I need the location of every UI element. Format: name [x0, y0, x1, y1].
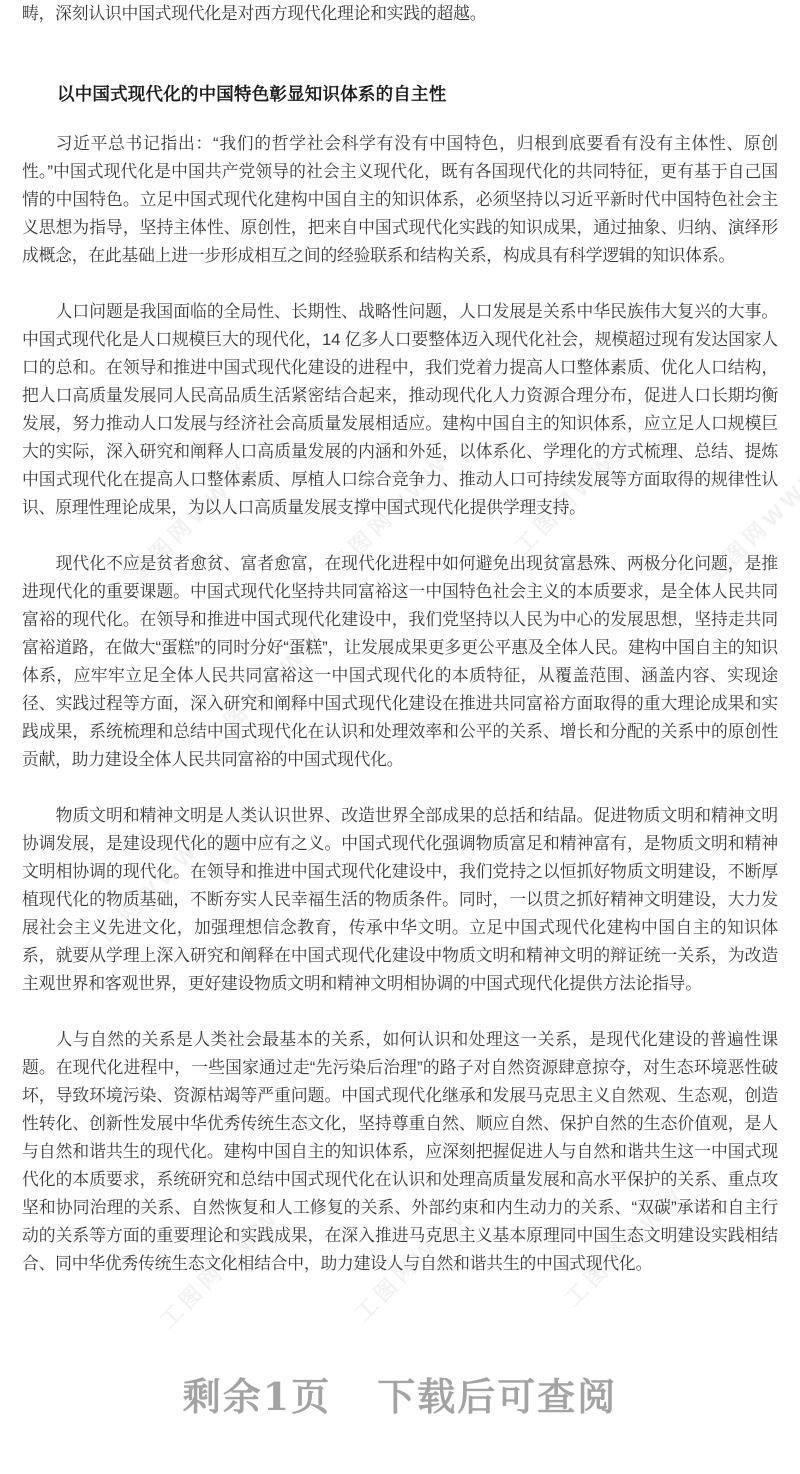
- document-page: 工图网WWW 工图网WWW 工图网WWW 工图网WWW 工图网WWW 工图网WW…: [0, 0, 800, 1474]
- document-content: 畴，深刻认识中国式现代化是对西方现代化理论和实践的超越。 以中国式现代化的中国特…: [0, 0, 800, 1278]
- section-heading: 以中国式现代化的中国特色彰显知识体系的自主性: [22, 80, 778, 108]
- preview-footer: 剩余1页下载后可查阅: [0, 1366, 800, 1421]
- body-paragraph: 现代化不应是贫者愈贫、富者愈富，在现代化进程中如何避免出现贫富悬殊、两极分化问题…: [22, 550, 778, 774]
- remaining-pages-label: 剩余1页: [183, 1374, 331, 1419]
- body-paragraph: 物质文明和精神文明是人类认识世界、改造世界全部成果的总括和结晶。促进物质文明和精…: [22, 802, 778, 998]
- body-text-continuation-line: 畴，深刻认识中国式现代化是对西方现代化理论和实践的超越。: [22, 0, 778, 28]
- body-paragraph: 人口问题是我国面临的全局性、长期性、战略性问题，人口发展是关系中华民族伟大复兴的…: [22, 298, 778, 522]
- body-paragraph: 人与自然的关系是人类社会最基本的关系，如何认识和处理这一关系，是现代化建设的普遍…: [22, 1026, 778, 1278]
- body-paragraph: 习近平总书记指出：“我们的哲学社会科学有没有中国特色，归根到底要看有没有主体性、…: [22, 130, 778, 270]
- download-hint-label: 下载后可查阅: [377, 1374, 617, 1419]
